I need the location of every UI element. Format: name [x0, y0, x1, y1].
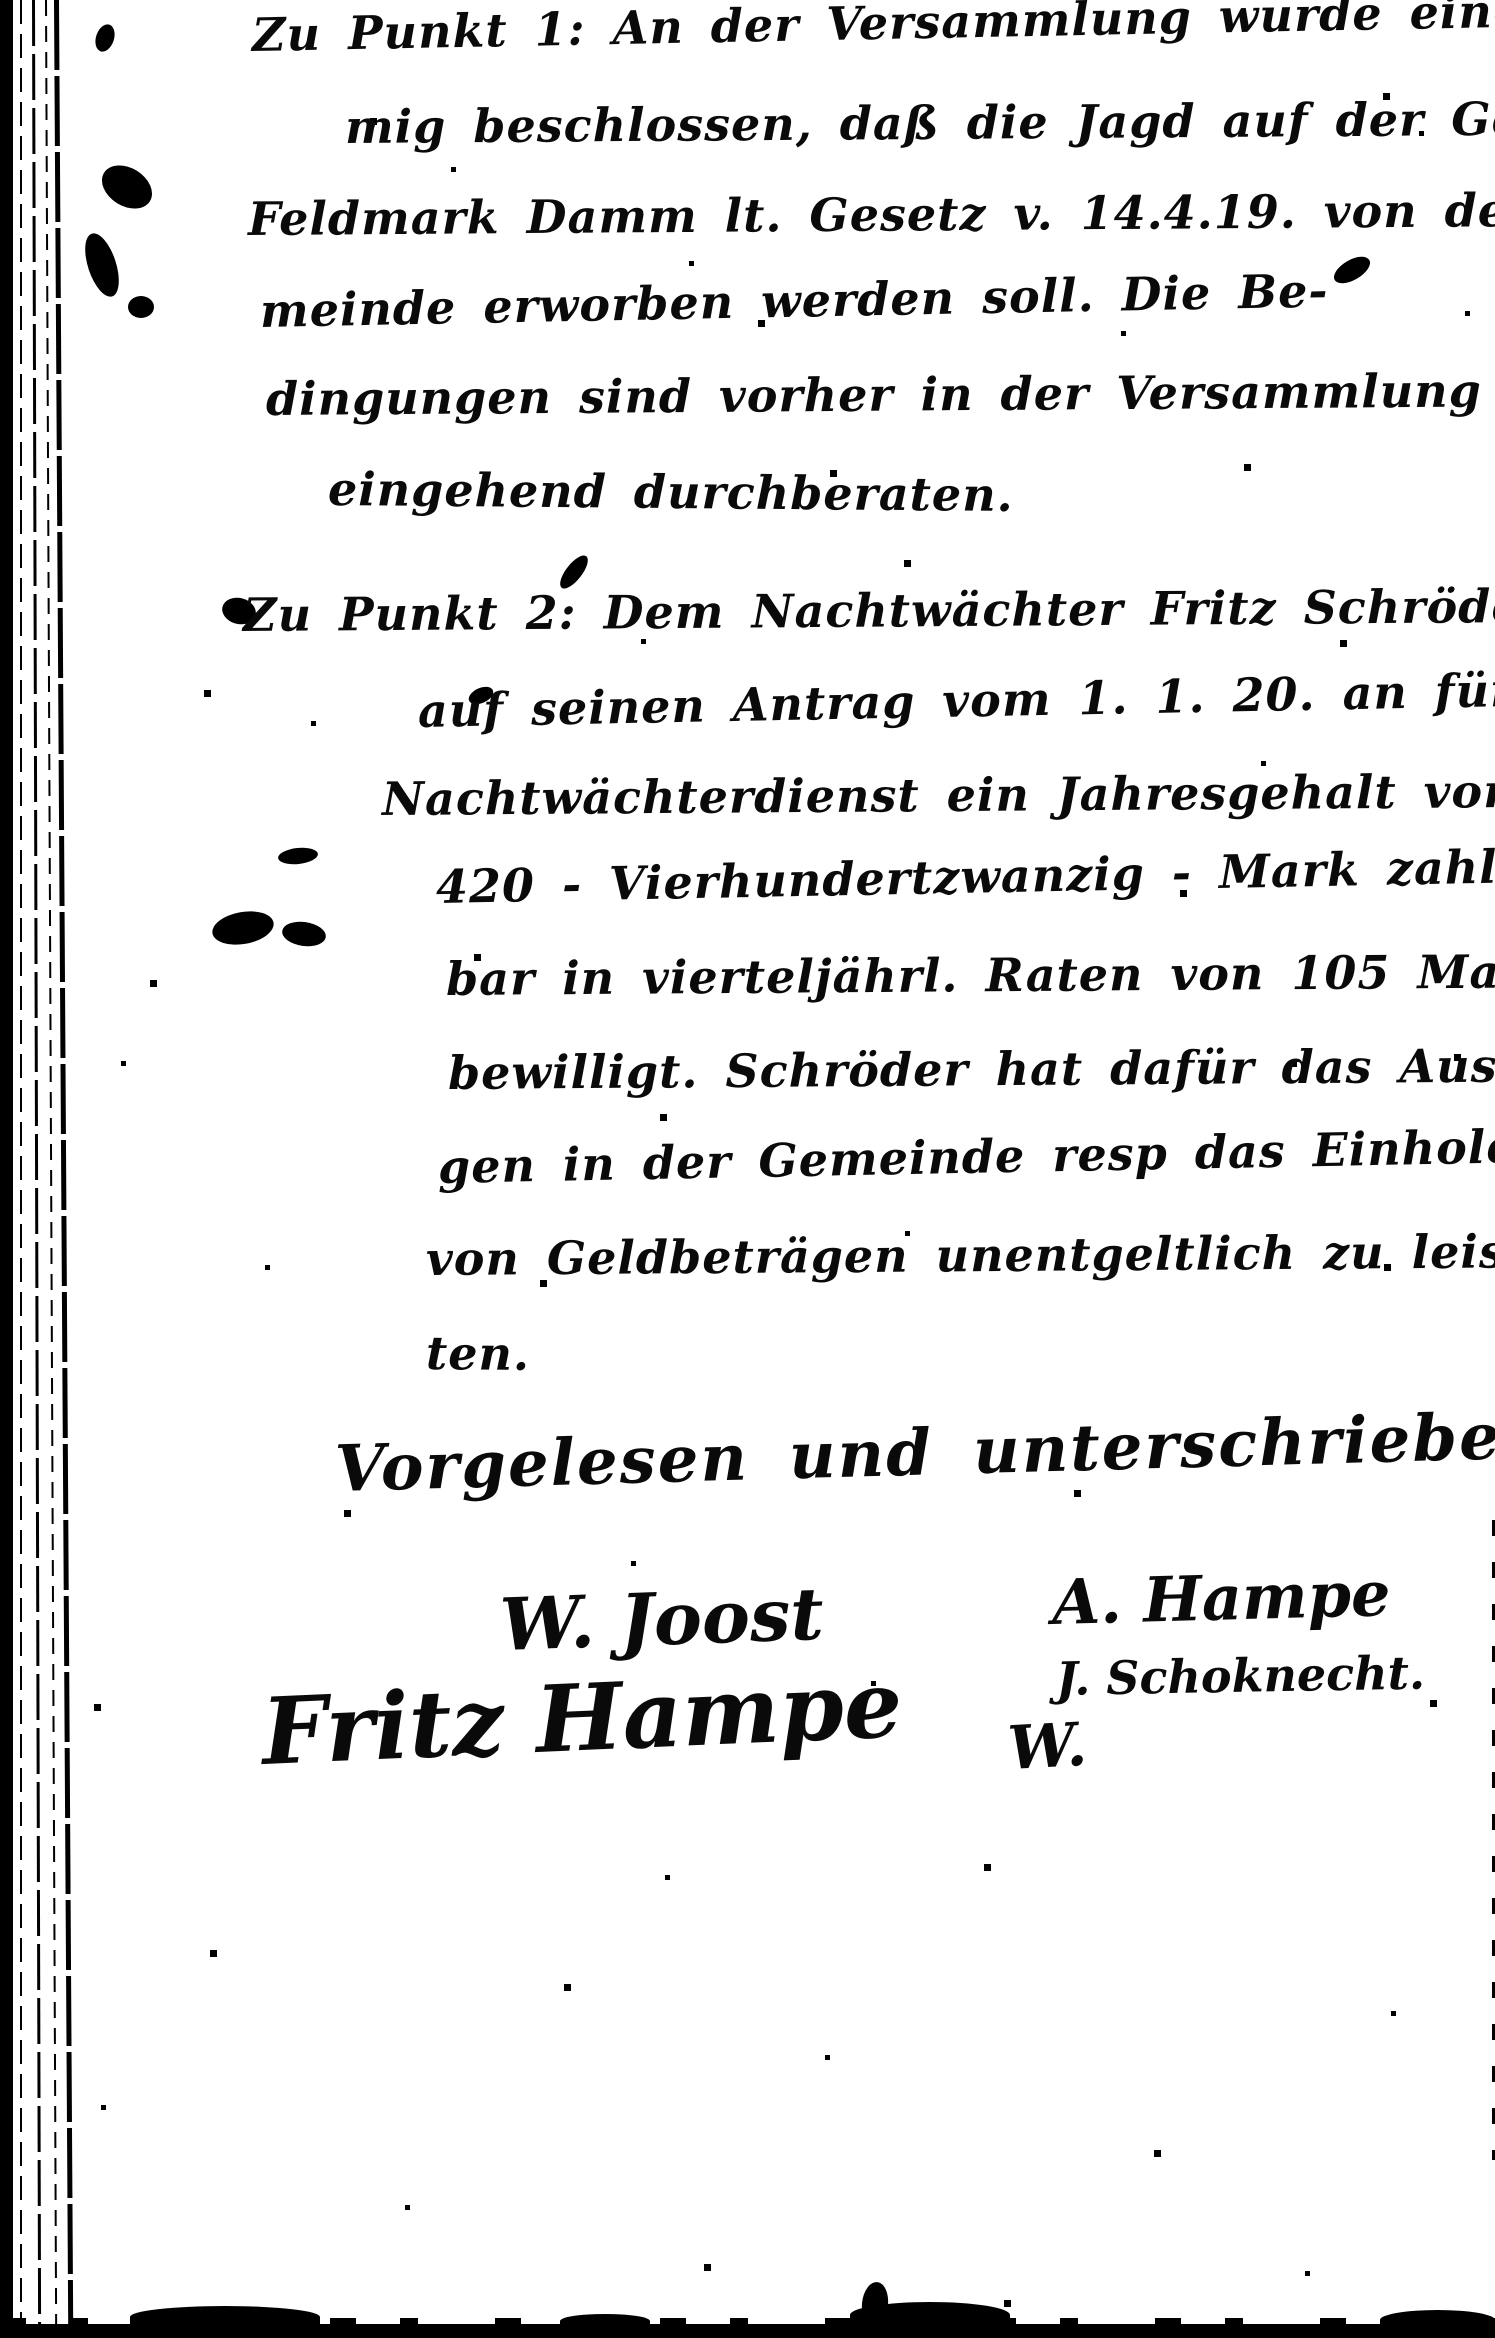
binding-crease-line [20, 0, 22, 2338]
punkt2-line-5: bar in vierteljährl. Raten von 105 Mark [446, 944, 1495, 1006]
bottom-edge-bump [130, 2306, 320, 2328]
punkt2-line-7: gen in der Gemeinde resp das Einholen [437, 1119, 1495, 1194]
signature-w-joost: W. Joost [499, 1571, 825, 1667]
punkt1-line-6: eingehend durchberaten. [328, 462, 1014, 522]
ink-smudge [1330, 251, 1375, 288]
punkt2-line-9: ten. [426, 1326, 530, 1381]
punkt1-line-1: Zu Punkt 1: An der Versammlung wurde ein… [251, 0, 1495, 62]
ink-smudge [210, 907, 277, 949]
binding-edge-bar [0, 0, 13, 2338]
punkt2-line-8: von Geldbeträgen unentgeltlich zu leis- [426, 1224, 1495, 1286]
ink-smudge [281, 919, 328, 949]
binding-crease-line [32, 0, 41, 2338]
punkt2-line-6: bewilligt. Schröder hat dafür das Austra… [448, 1038, 1495, 1100]
bottom-edge-bump [1380, 2310, 1495, 2330]
signature-j-schoknecht: J. Schoknecht. [1056, 1646, 1426, 1706]
punkt2-line-3: Nachtwächterdienst ein Jahresgehalt von [382, 764, 1495, 826]
punkt2-line-1: Zu Punkt 2: Dem Nachtwächter Fritz Schrö… [243, 578, 1495, 642]
ink-smudge [277, 846, 318, 866]
ink-smudge [78, 229, 125, 300]
signature-fritz-hampe: Fritz Hampe [260, 1650, 905, 1786]
bottom-edge-bump [560, 2314, 650, 2328]
ink-smudge [128, 296, 154, 318]
punkt1-line-2: mig beschlossen, daß die Jagd auf der Ge… [345, 91, 1495, 154]
punkt2-line-4: 420 - Vierhundertzwanzig - Mark zahl- [435, 839, 1495, 914]
manuscript-page: Zu Punkt 1: An der Versammlung wurde ein… [0, 0, 1495, 2338]
punkt1-line-5: dingungen sind vorher in der Versammlung [266, 364, 1482, 426]
closing-line: Vorgelesen und unterschrieben. [334, 1397, 1495, 1507]
punkt1-line-4: meinde erworben werden soll. Die Be- [259, 263, 1328, 338]
signature-initial-w: W. [1006, 1710, 1088, 1784]
ink-smudge [94, 157, 160, 218]
scan-noise-speckles [0, 0, 3, 3]
binding-crease-line [54, 0, 73, 2338]
punkt2-line-2: auf seinen Antrag vom 1. 1. 20. an für d… [417, 661, 1495, 738]
ink-smudge [92, 22, 118, 54]
punkt1-line-3: Feldmark Damm lt. Gesetz v. 14.4.19. von… [248, 182, 1495, 246]
signature-a-hampe: A. Hampe [1051, 1557, 1391, 1639]
